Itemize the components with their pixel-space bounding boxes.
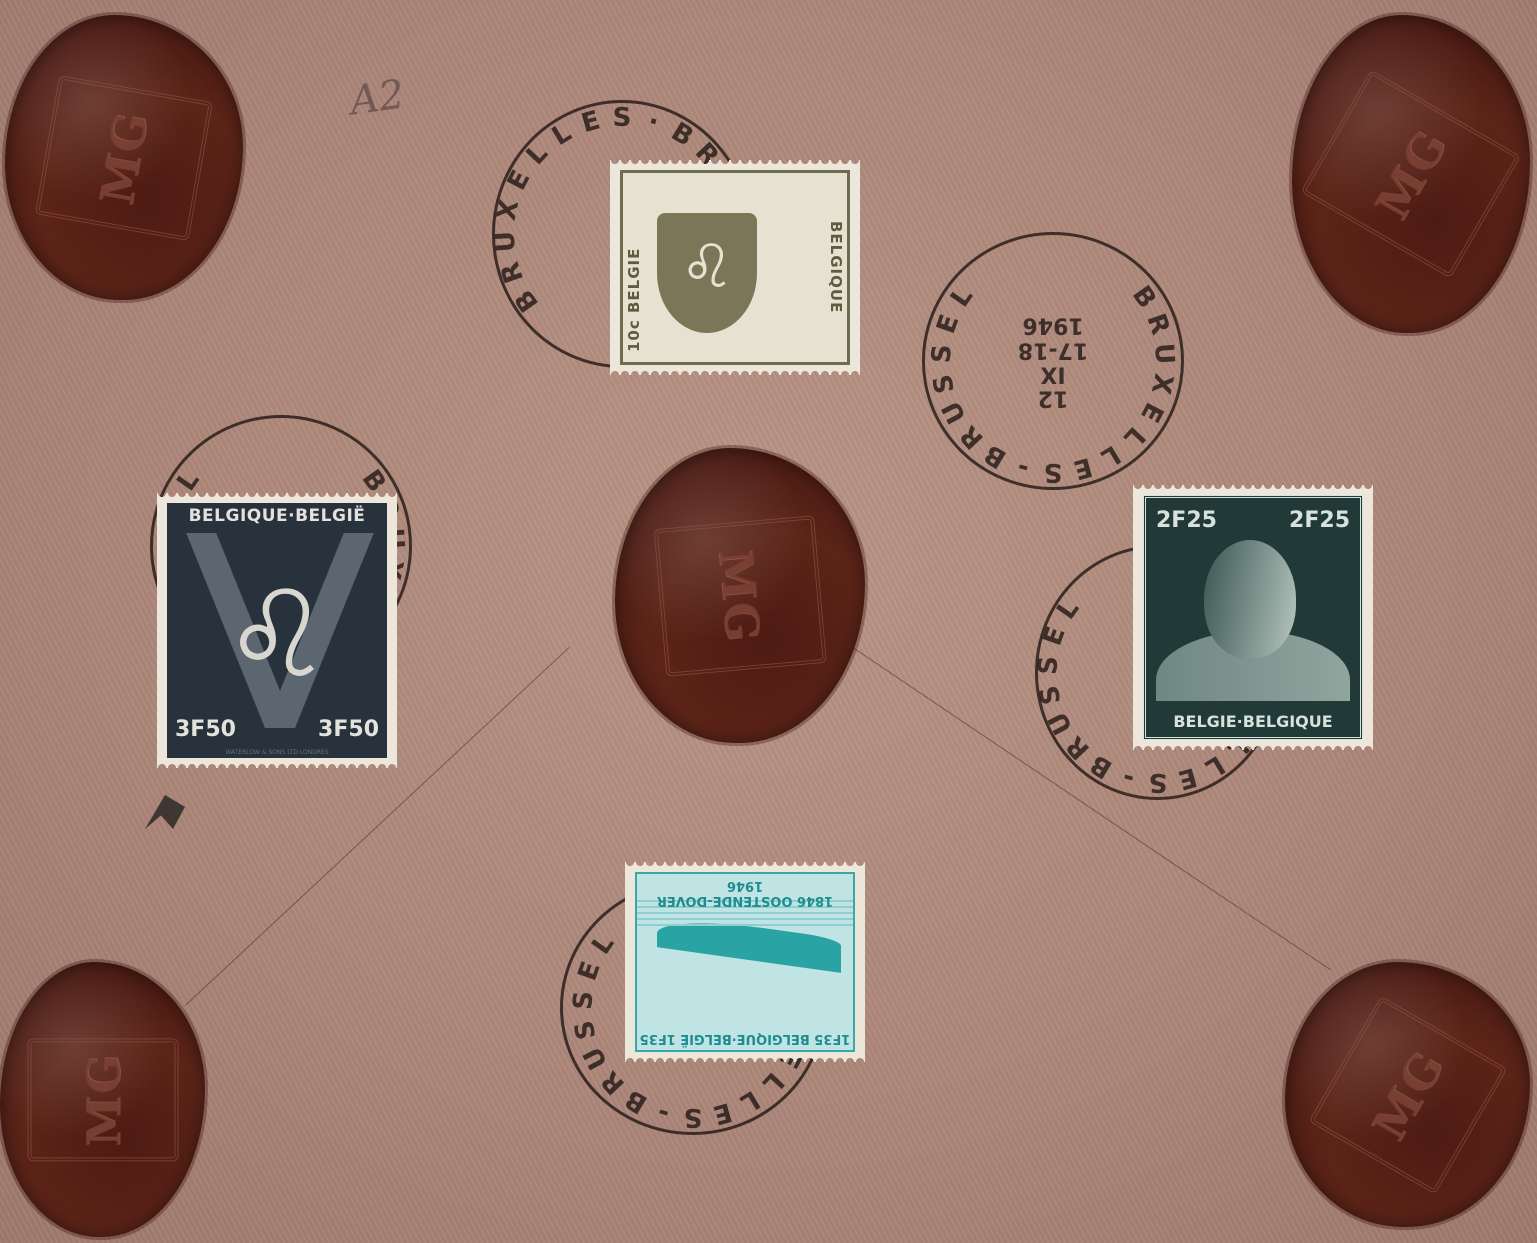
stamp-country: 1F35 BELGIQUE·BELGIË 1F35 bbox=[637, 1031, 853, 1046]
stamp-text-left: 10c BELGIE bbox=[625, 183, 643, 352]
pencil-note: A2 bbox=[347, 71, 407, 124]
seal-monogram: MG bbox=[1308, 995, 1507, 1194]
stamp-2f25-king: 2F25 2F25 BELGIE·BELGIQUE bbox=[1133, 485, 1373, 750]
stamp-country: BELGIE·BELGIQUE bbox=[1146, 712, 1360, 731]
lion-shield-icon bbox=[657, 213, 757, 333]
envelope-back: A2 BRUXELLES·BRUSSEL 3 BRUXELLES-BRUSSEL… bbox=[0, 0, 1537, 1243]
stamp-3f50-lion: BELGIQUE·BELGIË ♌ 3F50 3F50 WATERLOW & S… bbox=[157, 493, 397, 768]
seal-monogram: MG bbox=[35, 74, 213, 240]
stamp-caption: 1846 OOSTENDE-DOVER 1946 bbox=[637, 878, 853, 908]
wax-seal-top-left: MG bbox=[5, 15, 243, 300]
stamp-value-right: 2F25 bbox=[1289, 508, 1350, 533]
wax-seal-top-right: MG bbox=[1292, 15, 1530, 333]
seal-monogram: MG bbox=[27, 1038, 178, 1161]
stamp-text-right: BELGIQUE bbox=[827, 183, 845, 352]
stamp-value-left: 2F25 bbox=[1156, 508, 1217, 533]
seal-monogram: MG bbox=[1301, 69, 1522, 278]
stamp-1f35-ship: 1F35 BELGIQUE·BELGIË 1F35 1846 OOSTENDE-… bbox=[625, 862, 865, 1062]
ink-blot bbox=[145, 795, 185, 829]
stamp-country: BELGIQUE·BELGIË bbox=[167, 506, 387, 526]
wax-seal-center: MG bbox=[615, 448, 865, 743]
stamp-value-left: 3F50 bbox=[175, 717, 236, 742]
king-portrait-icon bbox=[1204, 540, 1296, 658]
lion-icon: ♌ bbox=[223, 576, 331, 696]
seal-monogram: MG bbox=[653, 515, 827, 677]
wax-seal-bottom-right: MG bbox=[1285, 962, 1530, 1227]
postmark-date: 12 IX 17-18 1946 bbox=[1018, 313, 1088, 410]
printer-imprint: WATERLOW & SONS LTD LONDRES bbox=[167, 749, 387, 756]
postmark-top-right: BRUXELLES-BRUSSEL 12 IX 17-18 1946 bbox=[922, 232, 1184, 490]
stamp-value-right: 3F50 bbox=[318, 717, 379, 742]
wax-seal-bottom-left: MG bbox=[0, 962, 205, 1237]
stamp-10c-arms: 10c BELGIE BELGIQUE bbox=[610, 160, 860, 375]
